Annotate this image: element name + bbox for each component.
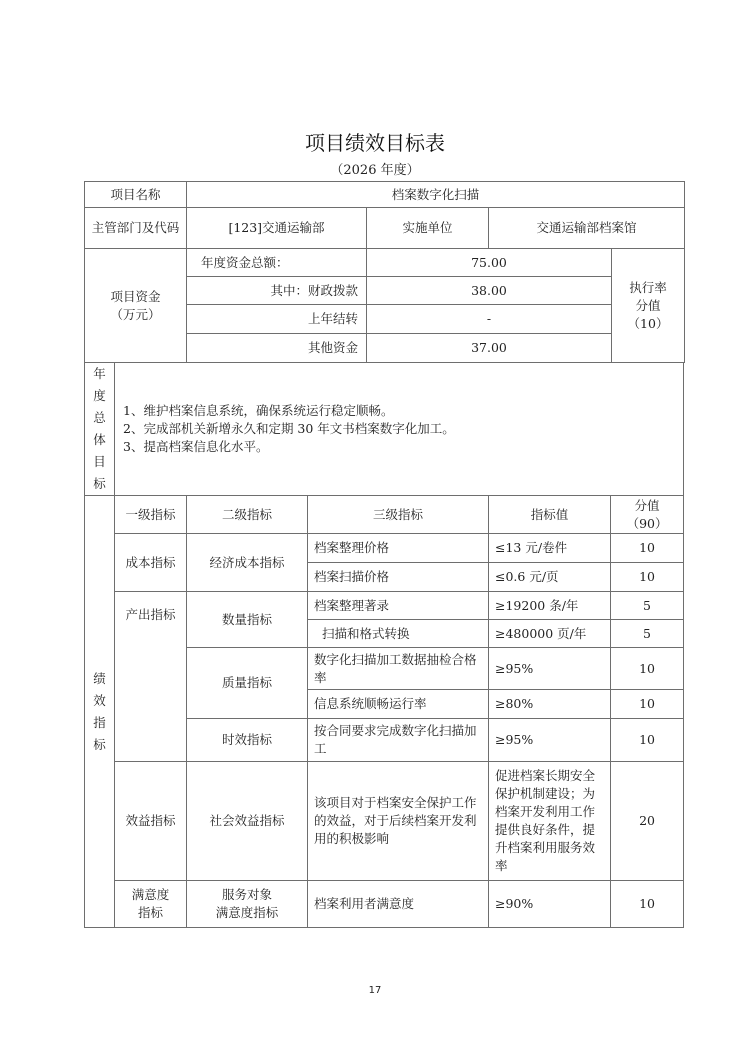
funds-other-value: 37.00: [367, 334, 612, 363]
table-row: 产出指标 数量指标 档案整理著录 ≥19200 条/年 5: [85, 592, 684, 620]
header-score-line1: 分值: [615, 497, 679, 515]
goal-item: 1、维护档案信息系统，确保系统运行稳定顺畅。: [123, 402, 679, 420]
goal-item: 3、提高档案信息化水平。: [123, 438, 679, 456]
score-cell: 20: [611, 762, 684, 881]
value-cell: ≥80%: [489, 690, 611, 719]
score-cell: 10: [611, 690, 684, 719]
level3-cell: 数字化扫描加工数据抽检合格率: [308, 648, 489, 690]
funds-label: 项目资金 （万元）: [85, 249, 187, 363]
header-level2: 二级指标: [187, 496, 308, 534]
header-value: 指标值: [489, 496, 611, 534]
level3-cell: 按合同要求完成数字化扫描加工: [308, 719, 489, 762]
value-cell: ≥19200 条/年: [489, 592, 611, 620]
level3-cell: 档案整理价格: [308, 534, 489, 563]
performance-indicators-label: 绩效指标: [85, 496, 115, 928]
indicators-table: 年度总体目标 1、维护档案信息系统，确保系统运行稳定顺畅。 2、完成部机关新增永…: [84, 362, 684, 928]
dept-value: [123]交通运输部: [187, 208, 367, 249]
unit-label: 实施单位: [367, 208, 489, 249]
score-cell: 5: [611, 592, 684, 620]
level3-cell: 档案利用者满意度: [308, 881, 489, 928]
funds-fiscal-value: 38.00: [367, 277, 612, 305]
level3-cell: 档案扫描价格: [308, 563, 489, 592]
page-title: 项目绩效目标表: [0, 127, 750, 156]
funds-total-value: 75.00: [367, 249, 612, 277]
score-cell: 5: [611, 620, 684, 648]
project-info-table: 项目名称 档案数字化扫描 主管部门及代码 [123]交通运输部 实施单位 交通运…: [84, 181, 685, 363]
goal-item: 2、完成部机关新增永久和定期 30 年文书档案数字化加工。: [123, 420, 679, 438]
unit-value: 交通运输部档案馆: [489, 208, 685, 249]
level3-cell: 扫描和格式转换: [308, 620, 489, 648]
score-cell: 10: [611, 534, 684, 563]
header-score-line2: （90）: [615, 515, 679, 533]
funds-carryover-label: 上年结转: [187, 305, 367, 334]
value-cell: ≥480000 页/年: [489, 620, 611, 648]
score-cell: 10: [611, 563, 684, 592]
level2-cell: 服务对象满意度指标: [187, 881, 308, 928]
page-subtitle-year: （2026 年度）: [0, 159, 750, 178]
funds-label-line2: （万元）: [89, 306, 182, 324]
project-name-label: 项目名称: [85, 182, 187, 208]
execution-rate-score-label: 执行率 分值 （10）: [612, 249, 685, 363]
level3-cell: 信息系统顺畅运行率: [308, 690, 489, 719]
project-name-value: 档案数字化扫描: [187, 182, 685, 208]
dept-label: 主管部门及代码: [85, 208, 187, 249]
funds-carryover-value: -: [367, 305, 612, 334]
funds-total-label: 年度资金总额：: [187, 249, 367, 277]
score-label-line1: 执行率: [616, 279, 680, 297]
score-cell: 10: [611, 719, 684, 762]
level1-cell: 成本指标: [115, 534, 187, 592]
level2-cell: 数量指标: [187, 592, 308, 648]
value-cell: ≤0.6 元/页: [489, 563, 611, 592]
level2-cell: 时效指标: [187, 719, 308, 762]
level1-cell: 产出指标: [115, 592, 187, 762]
annual-goals-content: 1、维护档案信息系统，确保系统运行稳定顺畅。 2、完成部机关新增永久和定期 30…: [115, 363, 684, 496]
level1-cell: 效益指标: [115, 762, 187, 881]
score-cell: 10: [611, 881, 684, 928]
header-level3: 三级指标: [308, 496, 489, 534]
value-cell: ≤13 元/卷件: [489, 534, 611, 563]
value-cell: ≥90%: [489, 881, 611, 928]
score-label-line2: 分值: [616, 297, 680, 315]
score-cell: 10: [611, 648, 684, 690]
level2-cell: 质量指标: [187, 648, 308, 719]
header-score: 分值 （90）: [611, 496, 684, 534]
level3-cell: 档案整理著录: [308, 592, 489, 620]
value-cell: ≥95%: [489, 719, 611, 762]
funds-fiscal-label: 其中：财政拨款: [187, 277, 367, 305]
score-label-line3: （10）: [616, 315, 680, 333]
funds-other-label: 其他资金: [187, 334, 367, 363]
funds-label-line1: 项目资金: [89, 288, 182, 306]
header-level1: 一级指标: [115, 496, 187, 534]
value-cell: ≥95%: [489, 648, 611, 690]
annual-goals-label: 年度总体目标: [85, 363, 115, 496]
page-number: 17: [0, 985, 750, 996]
level2-cell: 经济成本指标: [187, 534, 308, 592]
table-row: 效益指标 社会效益指标 该项目对于档案安全保护工作的效益，对于后续档案开发利用的…: [85, 762, 684, 881]
level2-cell: 社会效益指标: [187, 762, 308, 881]
table-row: 成本指标 经济成本指标 档案整理价格 ≤13 元/卷件 10: [85, 534, 684, 563]
level1-cell: 满意度指标: [115, 881, 187, 928]
table-row: 满意度指标 服务对象满意度指标 档案利用者满意度 ≥90% 10: [85, 881, 684, 928]
value-cell: 促进档案长期安全保护机制建设；为档案开发利用工作提供良好条件，提升档案利用服务效…: [489, 762, 611, 881]
level3-cell: 该项目对于档案安全保护工作的效益，对于后续档案开发利用的积极影响: [308, 762, 489, 881]
